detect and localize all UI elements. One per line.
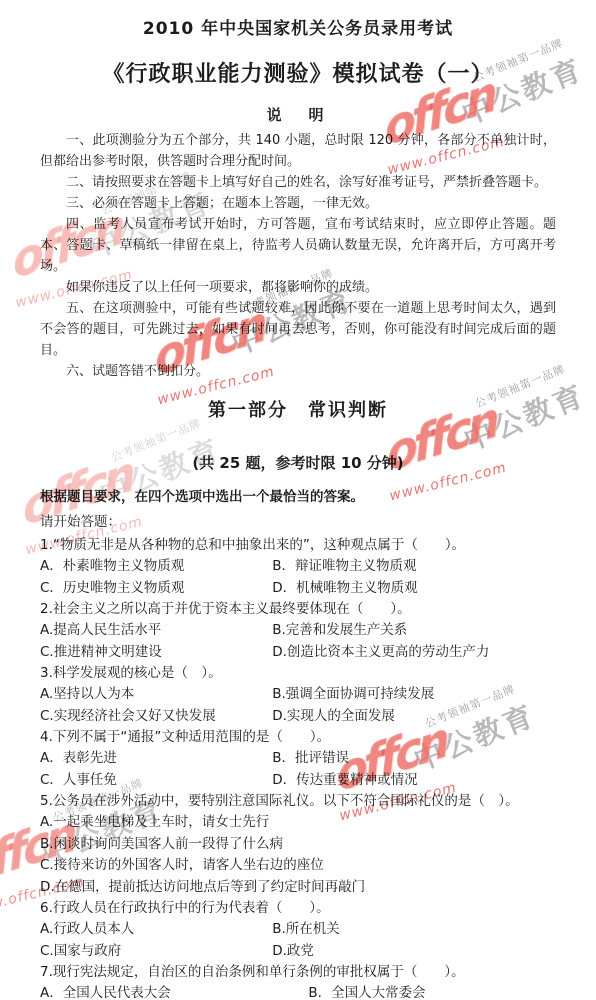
option-item: A．朴素唯物主义物质观 (40, 556, 272, 578)
question-options: A.行政人员本人 B.所在机关 C.国家与政府 D.政党 (40, 919, 556, 962)
option-item: B.完善和发展生产关系 (272, 620, 556, 642)
section-time-limit: (共 25 题，参考时限 10 分钟) (40, 452, 556, 473)
option-item: B.强调全面协调可持续发展 (272, 684, 556, 706)
option-item: A．全国人民代表大会 (40, 983, 308, 1000)
question-stem: 1.“物质无非是从各种物的总和中抽象出来的”，这种观点属于（ ）。 (40, 535, 556, 556)
option-item: D．机械唯物主义物质观 (272, 578, 556, 600)
option-item: C.接待来访的外国客人时，请客人坐右边的座位 (40, 855, 556, 877)
begin-prompt: 请开始答题： (40, 512, 556, 533)
question-stem: 6.行政人员在行政执行中的行为代表着（ ）。 (40, 898, 556, 919)
option-item: C．人事任免 (40, 770, 272, 792)
question-block-5: 5.公务员在涉外活动中，要特别注意国际礼仪。以下不符合国际礼仪的是（ ）。 A.… (40, 791, 556, 898)
exam-title: 2010 年中央国家机关公务员录用考试 (40, 14, 556, 39)
note-item-4: 四、监考人员宣布考试开始时，方可答题，宣布考试结束时，应立即停止答题。题本、答题… (40, 214, 556, 277)
note-item-6: 五、在这项测验中，可能有些试题较难，因此你不要在一道题上思考时间太久，遇到不会答… (40, 298, 556, 361)
question-stem: 7.现行宪法规定，自治区的自治条例和单行条例的审批权属于（ ）。 (40, 962, 556, 983)
option-item: D.创造比资本主义更高的劳动生产力 (272, 642, 556, 664)
section-instruction: 根据题目要求，在四个选项中选出一个最恰当的答案。 (40, 487, 556, 508)
option-item: A.坚持以人为本 (40, 684, 272, 706)
question-options: A．全国人民代表大会 B．全国人大常委会 (40, 983, 556, 1000)
note-item-1: 一、此项测验分为五个部分，共 140 小题，总时限 120 分钟，各部分不单独计… (40, 130, 556, 172)
notes-heading: 说 明 (40, 104, 556, 125)
option-item: D.在德国，提前抵达访问地点后等到了约定时间再敲门 (40, 877, 556, 899)
option-item: C.推进精神文明建设 (40, 642, 272, 664)
option-item: C．历史唯物主义物质观 (40, 578, 272, 600)
question-block-2: 2.社会主义之所以高于并优于资本主义最终要体现在（ ）。 A.提高人民生活水平 … (40, 599, 556, 663)
option-item: B.闲谈时询问美国客人前一段得了什么病 (40, 834, 556, 856)
question-options: A．表彰先进 B．批评错误 C．人事任免 D．传达重要精神或情况 (40, 748, 556, 791)
note-item-7: 六、试题答错不倒扣分。 (40, 361, 556, 382)
question-options: A．朴素唯物主义物质观 B．辩证唯物主义物质观 C．历史唯物主义物质观 D．机械… (40, 556, 556, 599)
question-stem: 2.社会主义之所以高于并优于资本主义最终要体现在（ ）。 (40, 599, 556, 620)
exam-subtitle: 《行政职业能力测验》模拟试卷（一） (40, 57, 556, 88)
page-content: 2010 年中央国家机关公务员录用考试 《行政职业能力测验》模拟试卷（一） 说 … (0, 0, 596, 1000)
option-item: B.所在机关 (272, 919, 556, 941)
option-item: C.实现经济社会又好又快发展 (40, 706, 272, 728)
option-item: B．辩证唯物主义物质观 (272, 556, 556, 578)
note-item-3: 三、必须在答题卡上答题；在题本上答题，一律无效。 (40, 193, 556, 214)
option-item: D．传达重要精神或情况 (272, 770, 556, 792)
option-item: B．全国人大常委会 (308, 983, 556, 1000)
question-options: A.提高人民生活水平 B.完善和发展生产关系 C.推进精神文明建设 D.创造比资… (40, 620, 556, 663)
option-item: D.实现人的全面发展 (272, 706, 556, 728)
question-block-1: 1.“物质无非是从各种物的总和中抽象出来的”，这种观点属于（ ）。 A．朴素唯物… (40, 535, 556, 599)
option-item: C.国家与政府 (40, 941, 272, 963)
option-item: A.提高人民生活水平 (40, 620, 272, 642)
option-item: A．表彰先进 (40, 748, 272, 770)
question-block-4: 4.下列不属于“通报”文种适用范围的是（ ）。 A．表彰先进 B．批评错误 C．… (40, 727, 556, 791)
section-title: 第一部分 常识判断 (40, 396, 556, 422)
option-item: D.政党 (272, 941, 556, 963)
question-options: A.坚持以人为本 B.强调全面协调可持续发展 C.实现经济社会又好又快发展 D.… (40, 684, 556, 727)
note-item-2: 二、请按照要求在答题卡上填写好自己的姓名，涂写好准考证号，严禁折叠答题卡。 (40, 172, 556, 193)
question-options: A.一起乘坐电梯及上车时，请女士先行 B.闲谈时询问美国客人前一段得了什么病 C… (40, 812, 556, 898)
question-stem: 3.科学发展观的核心是（ ）。 (40, 663, 556, 684)
note-item-5: 如果你违反了以上任何一项要求，都将影响你的成绩。 (40, 277, 556, 298)
exam-paper-page: 2010 年中央国家机关公务员录用考试 《行政职业能力测验》模拟试卷（一） 说 … (0, 0, 596, 1000)
option-item: A.行政人员本人 (40, 919, 272, 941)
question-block-6: 6.行政人员在行政执行中的行为代表着（ ）。 A.行政人员本人 B.所在机关 C… (40, 898, 556, 962)
question-stem: 5.公务员在涉外活动中，要特别注意国际礼仪。以下不符合国际礼仪的是（ ）。 (40, 791, 556, 812)
option-item: A.一起乘坐电梯及上车时，请女士先行 (40, 812, 556, 834)
question-block-3: 3.科学发展观的核心是（ ）。 A.坚持以人为本 B.强调全面协调可持续发展 C… (40, 663, 556, 727)
option-item: B．批评错误 (272, 748, 556, 770)
question-stem: 4.下列不属于“通报”文种适用范围的是（ ）。 (40, 727, 556, 748)
question-block-7: 7.现行宪法规定，自治区的自治条例和单行条例的审批权属于（ ）。 A．全国人民代… (40, 962, 556, 1000)
